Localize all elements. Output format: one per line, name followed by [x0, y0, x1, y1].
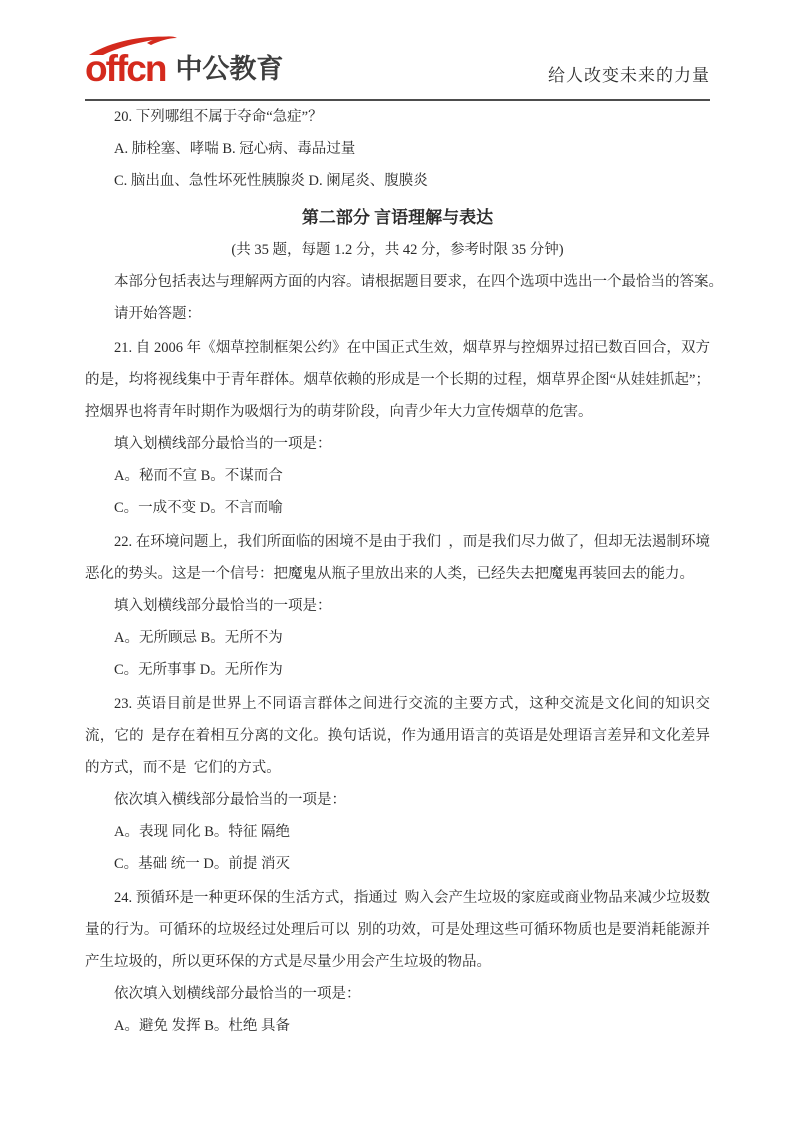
question-options-line: A。避免 发挥 B。杜绝 具备 [85, 1010, 710, 1042]
page-header: offcn 中公教育 给人改变未来的力量 [85, 0, 710, 101]
section-meta: (共 35 题，每题 1.2 分，共 42 分，参考时限 35 分钟) [85, 234, 710, 266]
question-options-line: A。无所顾忌 B。无所不为 [85, 622, 710, 654]
question-options-line: A。秘而不宣 B。不谋而合 [85, 460, 710, 492]
question-stem: 22. 在环境问题上，我们所面临的困境不是由于我们 ，而是我们尽力做了，但却无法… [85, 526, 710, 590]
section-title: 第二部分 言语理解与表达 [85, 202, 710, 234]
question-options-line: C。无所事事 D。无所作为 [85, 654, 710, 686]
question-options-line: C。基础 统一 D。前提 消灭 [85, 848, 710, 880]
exam-content: 20. 下列哪组不属于夺命“急症”？ A. 肺栓塞、哮喘 B. 冠心病、毒品过量… [85, 101, 710, 1042]
section-2-header: 第二部分 言语理解与表达 (共 35 题，每题 1.2 分，共 42 分，参考时… [85, 202, 710, 330]
question-stem: 23. 英语目前是世界上不同语言群体之间进行交流的主要方式，这种交流是文化间的知… [85, 688, 710, 784]
offcn-logo-latin-wrap: offcn [85, 50, 165, 87]
question-options-line: C. 脑出血、急性坏死性胰腺炎 D. 阑尾炎、腹膜炎 [85, 165, 710, 197]
section-start-label: 请开始答题： [85, 298, 710, 330]
offcn-logo: offcn 中公教育 [85, 50, 283, 87]
logo-swoosh-icon [87, 34, 179, 56]
question-prompt: 依次填入横线部分最恰当的一项是： [85, 784, 710, 816]
question-stem: 24. 预循环是一种更环保的生活方式，指通过 购入会产生垃圾的家庭或商业物品来减… [85, 882, 710, 978]
question-24: 24. 预循环是一种更环保的生活方式，指通过 购入会产生垃圾的家庭或商业物品来减… [85, 882, 710, 1042]
question-options-line: A。表现 同化 B。特征 隔绝 [85, 816, 710, 848]
question-stem: 20. 下列哪组不属于夺命“急症”？ [85, 101, 710, 133]
brand-tagline: 给人改变未来的力量 [548, 61, 710, 87]
exam-paper-page: offcn 中公教育 给人改变未来的力量 20. 下列哪组不属于夺命“急症”？ … [0, 0, 793, 1122]
question-prompt: 填入划横线部分最恰当的一项是： [85, 428, 710, 460]
question-prompt: 依次填入划横线部分最恰当的一项是： [85, 978, 710, 1010]
logo-cn-text: 中公教育 [175, 55, 283, 87]
question-options-line: A. 肺栓塞、哮喘 B. 冠心病、毒品过量 [85, 133, 710, 165]
question-22: 22. 在环境问题上，我们所面临的困境不是由于我们 ，而是我们尽力做了，但却无法… [85, 526, 710, 686]
question-20: 20. 下列哪组不属于夺命“急症”？ A. 肺栓塞、哮喘 B. 冠心病、毒品过量… [85, 101, 710, 197]
question-stem: 21. 自 2006 年《烟草控制框架公约》在中国正式生效，烟草界与控烟界过招已… [85, 332, 710, 428]
question-prompt: 填入划横线部分最恰当的一项是： [85, 590, 710, 622]
question-21: 21. 自 2006 年《烟草控制框架公约》在中国正式生效，烟草界与控烟界过招已… [85, 332, 710, 524]
section-intro: 本部分包括表达与理解两方面的内容。请根据题目要求，在四个选项中选出一个最恰当的答… [85, 266, 710, 298]
question-23: 23. 英语目前是世界上不同语言群体之间进行交流的主要方式，这种交流是文化间的知… [85, 688, 710, 880]
question-options-line: C。一成不变 D。不言而喻 [85, 492, 710, 524]
